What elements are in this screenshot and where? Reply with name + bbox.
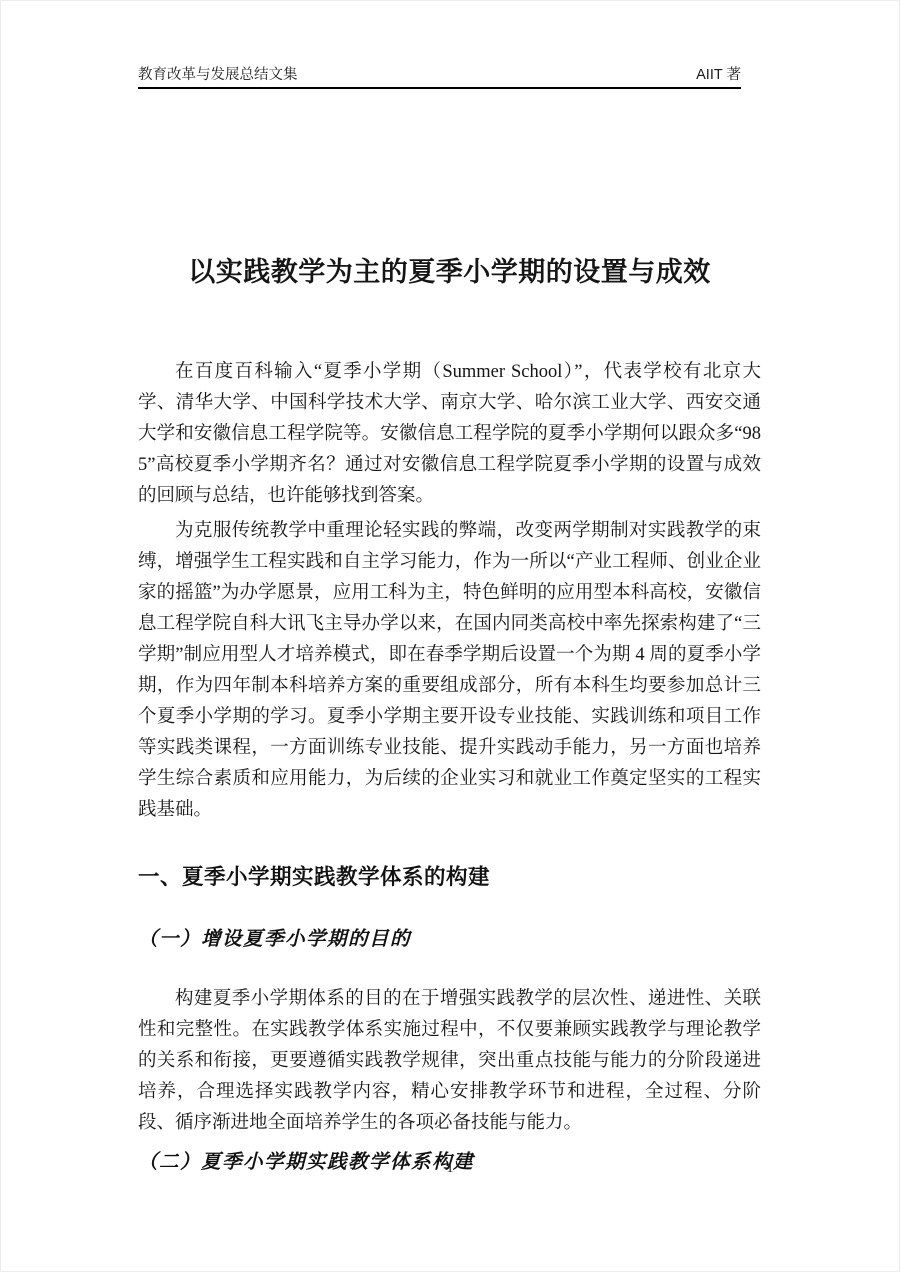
document-page: 教育改革与发展总结文集 AIIT 著 以实践教学为主的夏季小学期的设置与成效 在… <box>0 0 900 1272</box>
paragraph-background: 为克服传统教学中重理论轻实践的弊端，改变两学期制对实践教学的束缚，增强学生工程实… <box>138 516 761 826</box>
header-author: AIIT 著 <box>696 65 741 85</box>
running-header: 教育改革与发展总结文集 AIIT 著 <box>138 1 741 89</box>
subsection-heading-1-1: （一）增设夏季小学期的目的 <box>138 926 761 954</box>
document-title: 以实践教学为主的夏季小学期的设置与成效 <box>138 253 761 291</box>
document-content: 教育改革与发展总结文集 AIIT 著 以实践教学为主的夏季小学期的设置与成效 在… <box>138 1 761 1177</box>
paragraph-intro: 在百度百科输入“夏季小学期（Summer School）”，代表学校有北京大学、… <box>138 357 761 512</box>
header-book-title: 教育改革与发展总结文集 <box>138 65 298 85</box>
page-number: 1 <box>447 1161 454 1176</box>
paragraph-purpose: 构建夏季小学期体系的目的在于增强实践教学的层次性、递进性、关联性和完整性。在实践… <box>138 984 761 1139</box>
section-heading-1: 一、夏季小学期实践教学体系的构建 <box>138 862 761 892</box>
page-footer: 1 <box>1 1161 899 1177</box>
